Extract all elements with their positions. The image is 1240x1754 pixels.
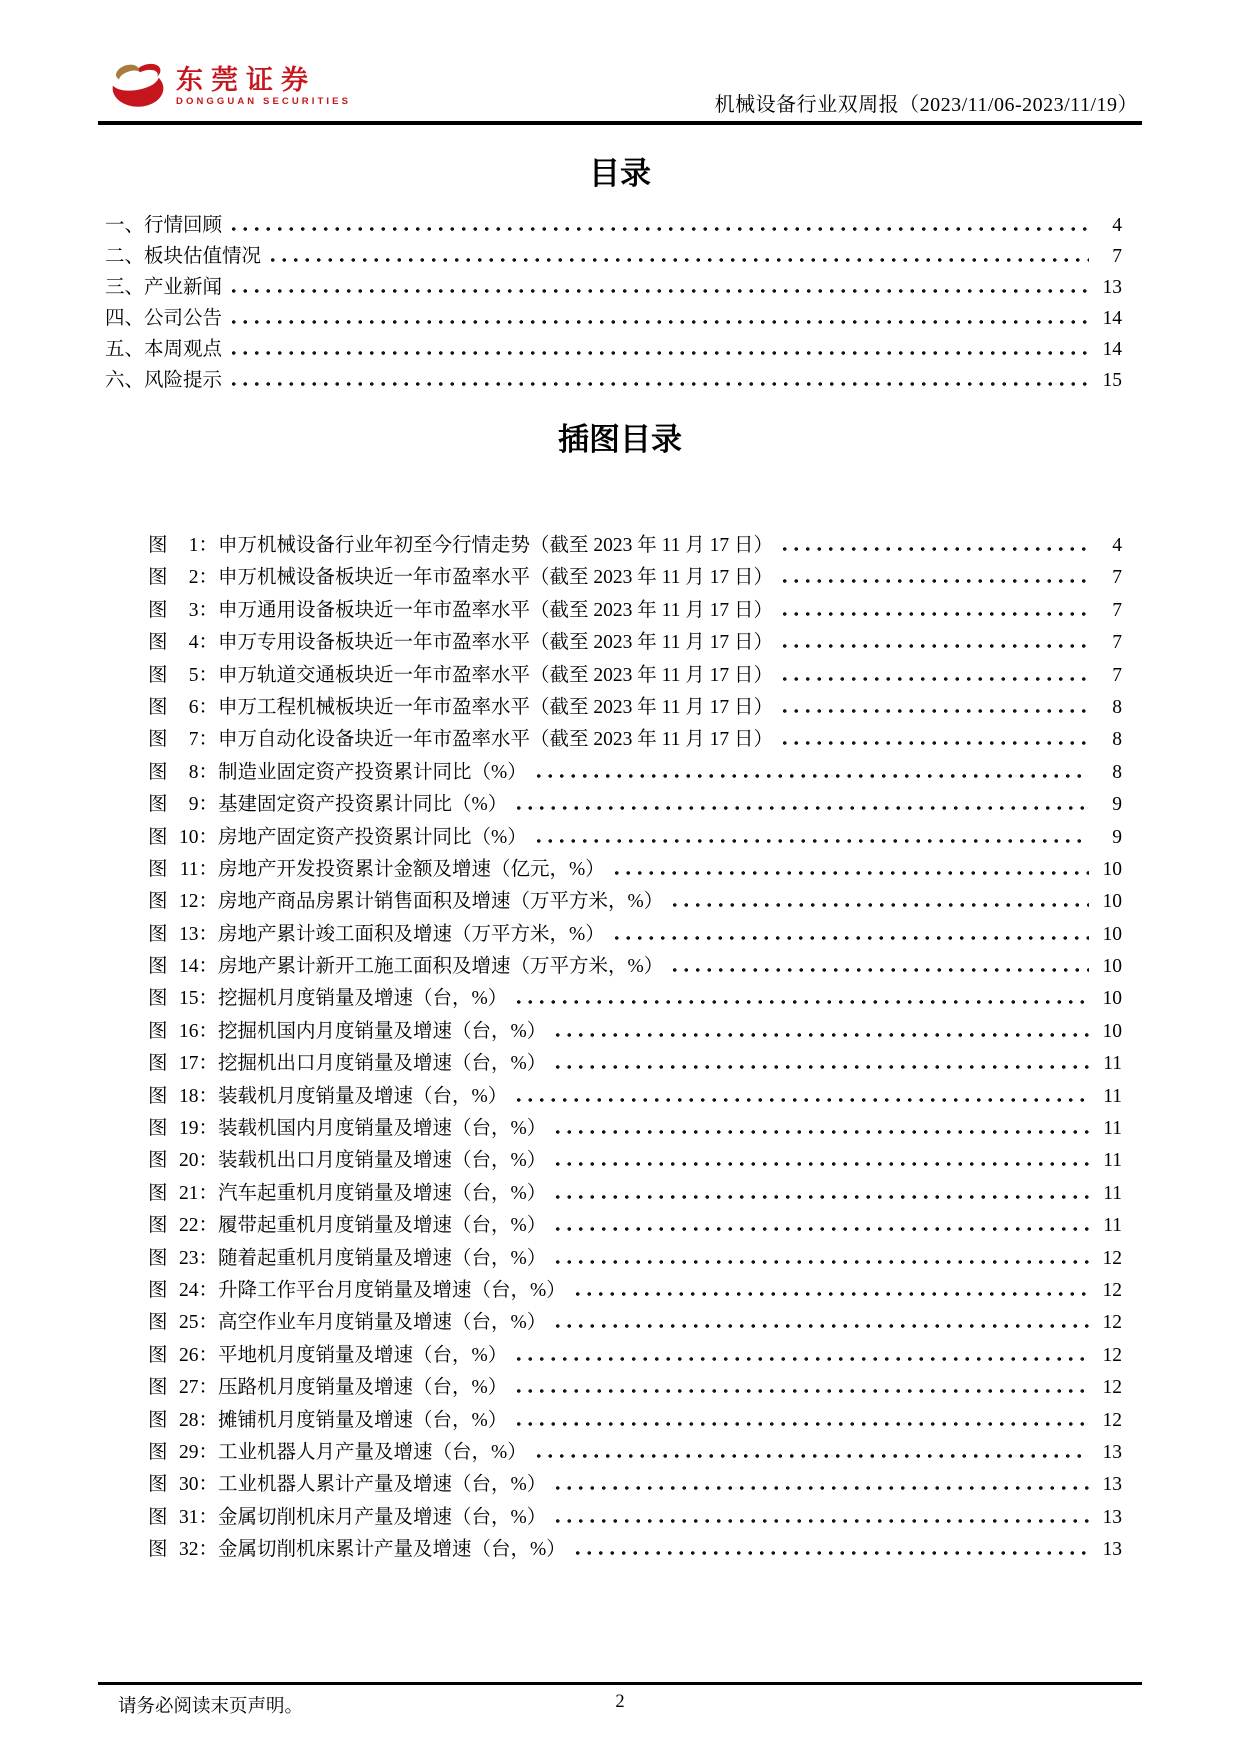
figure-title: 挖掘机出口月度销量及增速（台，%） bbox=[218, 1048, 546, 1080]
dot-leader bbox=[513, 1098, 1089, 1102]
figure-separator: ： bbox=[199, 660, 219, 692]
figure-toc-entry: 图 19 ： 装载机国内月度销量及增速（台，%） 11 bbox=[105, 1113, 1122, 1145]
figure-title: 摊铺机月度销量及增速（台，%） bbox=[218, 1405, 507, 1437]
figure-separator: ： bbox=[199, 562, 219, 594]
dot-leader bbox=[572, 1292, 1089, 1296]
figure-title: 高空作业车月度销量及增速（台，%） bbox=[218, 1307, 546, 1339]
figure-toc-entry: 图 8 ： 制造业固定资产投资累计同比（%） 8 bbox=[105, 757, 1122, 789]
figure-prefix: 图 bbox=[148, 886, 168, 918]
figure-toc-entry: 图 7 ： 申万自动化设备块近一年市盈率水平（截至 2023 年 11 月 17… bbox=[105, 724, 1122, 756]
footer-inner: 请务必阅读末页声明。 2 bbox=[98, 1685, 1142, 1725]
figure-page-number: 13 bbox=[1095, 1534, 1122, 1566]
figure-number: 25 bbox=[168, 1307, 199, 1339]
toc-entry: 四、公司公告 14 bbox=[105, 303, 1122, 334]
figure-page-number: 8 bbox=[1095, 692, 1122, 724]
toc-entry-page-number: 7 bbox=[1095, 241, 1122, 272]
figure-prefix: 图 bbox=[148, 724, 168, 756]
figure-page-number: 12 bbox=[1095, 1243, 1122, 1275]
figure-title: 申万自动化设备块近一年市盈率水平（截至 2023 年 11 月 17 日） bbox=[218, 724, 773, 756]
figure-page-number: 10 bbox=[1095, 1016, 1122, 1048]
figure-title: 金属切削机床月产量及增速（台，%） bbox=[218, 1502, 546, 1534]
figure-prefix: 图 bbox=[148, 692, 168, 724]
figure-separator: ： bbox=[199, 1437, 219, 1469]
figure-toc-entry: 图 26 ： 平地机月度销量及增速（台，%） 12 bbox=[105, 1340, 1122, 1372]
figure-number: 32 bbox=[168, 1534, 199, 1566]
toc-entry-label: 四、公司公告 bbox=[105, 303, 222, 334]
figure-separator: ： bbox=[199, 1210, 219, 1242]
dot-leader bbox=[552, 1227, 1089, 1231]
figure-prefix: 图 bbox=[148, 1340, 168, 1372]
logo-text: 东莞证券 DONGGUAN SECURITIES bbox=[176, 67, 351, 107]
figure-prefix: 图 bbox=[148, 1048, 168, 1080]
figure-number: 6 bbox=[168, 692, 199, 724]
figure-separator: ： bbox=[199, 951, 219, 983]
dot-leader bbox=[779, 612, 1089, 616]
figure-number: 21 bbox=[168, 1178, 199, 1210]
figure-number: 12 bbox=[168, 886, 199, 918]
figure-number: 19 bbox=[168, 1113, 199, 1145]
figure-prefix: 图 bbox=[148, 627, 168, 659]
figure-toc-entry: 图 18 ： 装载机月度销量及增速（台，%） 11 bbox=[105, 1081, 1122, 1113]
company-logo: 东莞证券 DONGGUAN SECURITIES bbox=[110, 58, 351, 115]
dot-leader bbox=[533, 839, 1089, 843]
figure-separator: ： bbox=[199, 530, 219, 562]
figure-number: 1 bbox=[168, 530, 199, 562]
figure-prefix: 图 bbox=[148, 1178, 168, 1210]
dot-leader bbox=[267, 258, 1089, 262]
figure-title: 挖掘机国内月度销量及增速（台，%） bbox=[218, 1016, 546, 1048]
toc-entry-page-number: 14 bbox=[1095, 303, 1122, 334]
figure-prefix: 图 bbox=[148, 595, 168, 627]
figure-separator: ： bbox=[199, 1243, 219, 1275]
figure-prefix: 图 bbox=[148, 1081, 168, 1113]
figure-toc-entry: 图 10 ： 房地产固定资产投资累计同比（%） 9 bbox=[105, 822, 1122, 854]
figure-title: 申万机械设备板块近一年市盈率水平（截至 2023 年 11 月 17 日） bbox=[218, 562, 773, 594]
brand-name-english: DONGGUAN SECURITIES bbox=[176, 97, 351, 107]
toc-entry-page-number: 15 bbox=[1095, 365, 1122, 396]
figure-number: 10 bbox=[168, 822, 199, 854]
figure-separator: ： bbox=[199, 627, 219, 659]
figure-title: 升降工作平台月度销量及增速（台，%） bbox=[218, 1275, 566, 1307]
figure-prefix: 图 bbox=[148, 1210, 168, 1242]
figure-page-number: 11 bbox=[1095, 1145, 1122, 1177]
dot-leader bbox=[513, 1000, 1089, 1004]
figure-title: 申万工程机械板块近一年市盈率水平（截至 2023 年 11 月 17 日） bbox=[218, 692, 773, 724]
dot-leader bbox=[552, 1260, 1089, 1264]
figure-separator: ： bbox=[199, 1405, 219, 1437]
toc-entry: 二、板块估值情况 7 bbox=[105, 241, 1122, 272]
dot-leader bbox=[779, 709, 1089, 713]
figure-separator: ： bbox=[199, 1048, 219, 1080]
figure-title: 基建固定资产投资累计同比（%） bbox=[218, 789, 507, 821]
figure-page-number: 10 bbox=[1095, 983, 1122, 1015]
figure-prefix: 图 bbox=[148, 1437, 168, 1469]
dot-leader bbox=[552, 1065, 1089, 1069]
figure-separator: ： bbox=[199, 789, 219, 821]
figure-page-number: 12 bbox=[1095, 1405, 1122, 1437]
toc-entry-label: 五、本周观点 bbox=[105, 334, 222, 365]
dot-leader bbox=[552, 1130, 1089, 1134]
dot-leader bbox=[779, 677, 1089, 681]
figure-page-number: 9 bbox=[1095, 789, 1122, 821]
figure-title: 装载机国内月度销量及增速（台，%） bbox=[218, 1113, 546, 1145]
figure-page-number: 7 bbox=[1095, 595, 1122, 627]
figure-title: 汽车起重机月度销量及增速（台，%） bbox=[218, 1178, 546, 1210]
figure-number: 9 bbox=[168, 789, 199, 821]
dot-leader bbox=[513, 806, 1089, 810]
figure-number: 15 bbox=[168, 983, 199, 1015]
figure-separator: ： bbox=[199, 1340, 219, 1372]
dot-leader bbox=[779, 579, 1089, 583]
figure-toc-entry: 图 4 ： 申万专用设备板块近一年市盈率水平（截至 2023 年 11 月 17… bbox=[105, 627, 1122, 659]
figure-toc-entry: 图 32 ： 金属切削机床累计产量及增速（台，%） 13 bbox=[105, 1534, 1122, 1566]
figure-title: 制造业固定资产投资累计同比（%） bbox=[218, 757, 527, 789]
figure-separator: ： bbox=[199, 1502, 219, 1534]
figure-toc-entry: 图 2 ： 申万机械设备板块近一年市盈率水平（截至 2023 年 11 月 17… bbox=[105, 562, 1122, 594]
dongguan-securities-logo-icon bbox=[110, 58, 166, 115]
dot-leader bbox=[552, 1195, 1089, 1199]
figure-page-number: 4 bbox=[1095, 530, 1122, 562]
dot-leader bbox=[779, 741, 1089, 745]
dot-leader bbox=[228, 320, 1089, 324]
figure-separator: ： bbox=[199, 1469, 219, 1501]
dot-leader bbox=[228, 351, 1089, 355]
figure-title: 工业机器人累计产量及增速（台，%） bbox=[218, 1469, 546, 1501]
figure-prefix: 图 bbox=[148, 1469, 168, 1501]
figure-toc-entry: 图 1 ： 申万机械设备行业年初至今行情走势（截至 2023 年 11 月 17… bbox=[105, 530, 1122, 562]
figure-number: 8 bbox=[168, 757, 199, 789]
figure-toc-entry: 图 12 ： 房地产商品房累计销售面积及增速（万平方米，%） 10 bbox=[105, 886, 1122, 918]
figure-page-number: 10 bbox=[1095, 919, 1122, 951]
dot-leader bbox=[552, 1162, 1089, 1166]
figure-number: 14 bbox=[168, 951, 199, 983]
figure-page-number: 12 bbox=[1095, 1275, 1122, 1307]
dot-leader bbox=[513, 1357, 1089, 1361]
figure-page-number: 13 bbox=[1095, 1469, 1122, 1501]
figure-title: 申万专用设备板块近一年市盈率水平（截至 2023 年 11 月 17 日） bbox=[218, 627, 773, 659]
figure-number: 31 bbox=[168, 1502, 199, 1534]
toc-entry-label: 三、产业新闻 bbox=[105, 272, 222, 303]
brand-name-chinese: 东莞证券 bbox=[176, 67, 351, 94]
toc-entry-label: 二、板块估值情况 bbox=[105, 241, 261, 272]
toc-entry: 一、行情回顾 4 bbox=[105, 210, 1122, 241]
figure-number: 29 bbox=[168, 1437, 199, 1469]
dot-leader bbox=[533, 1454, 1089, 1458]
figure-page-number: 10 bbox=[1095, 886, 1122, 918]
dot-leader bbox=[779, 547, 1089, 551]
figure-number: 4 bbox=[168, 627, 199, 659]
figure-page-number: 11 bbox=[1095, 1113, 1122, 1145]
figure-toc-entry: 图 29 ： 工业机器人月产量及增速（台，%） 13 bbox=[105, 1437, 1122, 1469]
figure-prefix: 图 bbox=[148, 822, 168, 854]
dot-leader bbox=[669, 903, 1089, 907]
figure-toc-entry: 图 3 ： 申万通用设备板块近一年市盈率水平（截至 2023 年 11 月 17… bbox=[105, 595, 1122, 627]
dot-leader bbox=[552, 1033, 1089, 1037]
toc-entry: 五、本周观点 14 bbox=[105, 334, 1122, 365]
toc-entry-page-number: 13 bbox=[1095, 272, 1122, 303]
dot-leader bbox=[513, 1422, 1089, 1426]
figure-number: 18 bbox=[168, 1081, 199, 1113]
figure-number: 26 bbox=[168, 1340, 199, 1372]
dot-leader bbox=[669, 968, 1089, 972]
figure-separator: ： bbox=[199, 886, 219, 918]
figure-separator: ： bbox=[199, 1307, 219, 1339]
dot-leader bbox=[552, 1486, 1089, 1490]
figure-toc-entry: 图 9 ： 基建固定资产投资累计同比（%） 9 bbox=[105, 789, 1122, 821]
figure-page-number: 8 bbox=[1095, 757, 1122, 789]
figure-separator: ： bbox=[199, 822, 219, 854]
figure-number: 11 bbox=[168, 854, 199, 886]
toc-entry-label: 一、行情回顾 bbox=[105, 210, 222, 241]
dot-leader bbox=[572, 1551, 1089, 1555]
figure-number: 13 bbox=[168, 919, 199, 951]
figure-toc-entry: 图 21 ： 汽车起重机月度销量及增速（台，%） 11 bbox=[105, 1178, 1122, 1210]
figure-separator: ： bbox=[199, 1016, 219, 1048]
figure-title: 履带起重机月度销量及增速（台，%） bbox=[218, 1210, 546, 1242]
dot-leader bbox=[533, 774, 1089, 778]
figure-number: 28 bbox=[168, 1405, 199, 1437]
toc-entry: 三、产业新闻 13 bbox=[105, 272, 1122, 303]
figure-toc-entry: 图 30 ： 工业机器人累计产量及增速（台，%） 13 bbox=[105, 1469, 1122, 1501]
figure-number: 30 bbox=[168, 1469, 199, 1501]
figure-toc-entry: 图 22 ： 履带起重机月度销量及增速（台，%） 11 bbox=[105, 1210, 1122, 1242]
figure-separator: ： bbox=[199, 1534, 219, 1566]
figure-separator: ： bbox=[199, 1372, 219, 1404]
figure-toc-entry: 图 14 ： 房地产累计新开工施工面积及增速（万平方米，%） 10 bbox=[105, 951, 1122, 983]
figure-toc-entry: 图 15 ： 挖掘机月度销量及增速（台，%） 10 bbox=[105, 983, 1122, 1015]
figure-toc-entry: 图 16 ： 挖掘机国内月度销量及增速（台，%） 10 bbox=[105, 1016, 1122, 1048]
figures-toc-title: 插图目录 bbox=[0, 418, 1240, 462]
figure-prefix: 图 bbox=[148, 1145, 168, 1177]
figure-title: 房地产累计新开工施工面积及增速（万平方米，%） bbox=[218, 951, 663, 983]
figure-separator: ： bbox=[199, 724, 219, 756]
dot-leader bbox=[611, 936, 1089, 940]
figure-page-number: 11 bbox=[1095, 1178, 1122, 1210]
figure-number: 5 bbox=[168, 660, 199, 692]
footer-page-number: 2 bbox=[98, 1692, 1142, 1713]
figure-number: 23 bbox=[168, 1243, 199, 1275]
figure-separator: ： bbox=[199, 757, 219, 789]
figure-page-number: 7 bbox=[1095, 660, 1122, 692]
figure-prefix: 图 bbox=[148, 789, 168, 821]
figure-title: 随着起重机月度销量及增速（台，%） bbox=[218, 1243, 546, 1275]
page-header: 东莞证券 DONGGUAN SECURITIES 机械设备行业双周报（2023/… bbox=[98, 0, 1142, 125]
figure-prefix: 图 bbox=[148, 1372, 168, 1404]
figure-toc-entry: 图 31 ： 金属切削机床月产量及增速（台，%） 13 bbox=[105, 1502, 1122, 1534]
figure-prefix: 图 bbox=[148, 919, 168, 951]
page-footer: 请务必阅读末页声明。 2 bbox=[98, 1682, 1142, 1725]
figure-number: 7 bbox=[168, 724, 199, 756]
figure-separator: ： bbox=[199, 983, 219, 1015]
figure-prefix: 图 bbox=[148, 562, 168, 594]
figure-prefix: 图 bbox=[148, 1534, 168, 1566]
figure-title: 金属切削机床累计产量及增速（台，%） bbox=[218, 1534, 566, 1566]
figure-separator: ： bbox=[199, 1081, 219, 1113]
dot-leader bbox=[552, 1519, 1089, 1523]
figure-page-number: 13 bbox=[1095, 1502, 1122, 1534]
figure-title: 平地机月度销量及增速（台，%） bbox=[218, 1340, 507, 1372]
report-page: 东莞证券 DONGGUAN SECURITIES 机械设备行业双周报（2023/… bbox=[0, 0, 1240, 1754]
figure-toc-entry: 图 28 ： 摊铺机月度销量及增速（台，%） 12 bbox=[105, 1405, 1122, 1437]
figure-prefix: 图 bbox=[148, 1502, 168, 1534]
figure-prefix: 图 bbox=[148, 951, 168, 983]
figure-number: 2 bbox=[168, 562, 199, 594]
figure-toc-entry: 图 6 ： 申万工程机械板块近一年市盈率水平（截至 2023 年 11 月 17… bbox=[105, 692, 1122, 724]
figure-prefix: 图 bbox=[148, 854, 168, 886]
figure-page-number: 11 bbox=[1095, 1210, 1122, 1242]
figure-page-number: 12 bbox=[1095, 1372, 1122, 1404]
figure-number: 16 bbox=[168, 1016, 199, 1048]
dot-leader bbox=[611, 871, 1089, 875]
figure-title: 工业机器人月产量及增速（台，%） bbox=[218, 1437, 527, 1469]
figure-title: 挖掘机月度销量及增速（台，%） bbox=[218, 983, 507, 1015]
figure-title: 压路机月度销量及增速（台，%） bbox=[218, 1372, 507, 1404]
figure-title: 房地产商品房累计销售面积及增速（万平方米，%） bbox=[218, 886, 663, 918]
figure-title: 装载机月度销量及增速（台，%） bbox=[218, 1081, 507, 1113]
figure-page-number: 12 bbox=[1095, 1307, 1122, 1339]
toc-list: 一、行情回顾 4 二、板块估值情况 7 三、产业新闻 13 四、公司公告 14 bbox=[105, 210, 1122, 396]
figure-separator: ： bbox=[199, 692, 219, 724]
figure-separator: ： bbox=[199, 595, 219, 627]
figure-toc-entry: 图 17 ： 挖掘机出口月度销量及增速（台，%） 11 bbox=[105, 1048, 1122, 1080]
dot-leader bbox=[779, 644, 1089, 648]
figure-number: 17 bbox=[168, 1048, 199, 1080]
figure-page-number: 13 bbox=[1095, 1437, 1122, 1469]
figure-prefix: 图 bbox=[148, 660, 168, 692]
dot-leader bbox=[513, 1389, 1089, 1393]
figure-number: 24 bbox=[168, 1275, 199, 1307]
figure-toc-entry: 图 24 ： 升降工作平台月度销量及增速（台，%） 12 bbox=[105, 1275, 1122, 1307]
figure-title: 装载机出口月度销量及增速（台，%） bbox=[218, 1145, 546, 1177]
figure-title: 房地产固定资产投资累计同比（%） bbox=[218, 822, 527, 854]
figure-page-number: 10 bbox=[1095, 854, 1122, 886]
toc-title: 目录 bbox=[0, 152, 1240, 196]
figure-toc-entry: 图 23 ： 随着起重机月度销量及增速（台，%） 12 bbox=[105, 1243, 1122, 1275]
figure-page-number: 12 bbox=[1095, 1340, 1122, 1372]
figure-number: 20 bbox=[168, 1145, 199, 1177]
toc-entry-page-number: 4 bbox=[1095, 210, 1122, 241]
figure-page-number: 7 bbox=[1095, 627, 1122, 659]
figure-prefix: 图 bbox=[148, 1275, 168, 1307]
figure-prefix: 图 bbox=[148, 983, 168, 1015]
figure-page-number: 8 bbox=[1095, 724, 1122, 756]
figure-toc-entry: 图 20 ： 装载机出口月度销量及增速（台，%） 11 bbox=[105, 1145, 1122, 1177]
figure-title: 房地产累计竣工面积及增速（万平方米，%） bbox=[218, 919, 605, 951]
figure-prefix: 图 bbox=[148, 757, 168, 789]
figure-page-number: 11 bbox=[1095, 1081, 1122, 1113]
figure-separator: ： bbox=[199, 919, 219, 951]
figure-page-number: 10 bbox=[1095, 951, 1122, 983]
dot-leader bbox=[228, 382, 1089, 386]
toc-entry-page-number: 14 bbox=[1095, 334, 1122, 365]
figure-title: 申万机械设备行业年初至今行情走势（截至 2023 年 11 月 17 日） bbox=[218, 530, 773, 562]
figure-number: 27 bbox=[168, 1372, 199, 1404]
figure-prefix: 图 bbox=[148, 530, 168, 562]
dot-leader bbox=[228, 289, 1089, 293]
figure-number: 22 bbox=[168, 1210, 199, 1242]
figure-prefix: 图 bbox=[148, 1113, 168, 1145]
figure-separator: ： bbox=[199, 1178, 219, 1210]
figure-separator: ： bbox=[199, 854, 219, 886]
figure-toc-entry: 图 11 ： 房地产开发投资累计金额及增速（亿元，%） 10 bbox=[105, 854, 1122, 886]
dot-leader bbox=[552, 1324, 1089, 1328]
figure-page-number: 11 bbox=[1095, 1048, 1122, 1080]
figure-prefix: 图 bbox=[148, 1016, 168, 1048]
figure-toc-entry: 图 13 ： 房地产累计竣工面积及增速（万平方米，%） 10 bbox=[105, 919, 1122, 951]
figure-toc-entry: 图 27 ： 压路机月度销量及增速（台，%） 12 bbox=[105, 1372, 1122, 1404]
figure-page-number: 9 bbox=[1095, 822, 1122, 854]
figure-title: 申万轨道交通板块近一年市盈率水平（截至 2023 年 11 月 17 日） bbox=[218, 660, 773, 692]
figure-page-number: 7 bbox=[1095, 562, 1122, 594]
dot-leader bbox=[228, 227, 1089, 231]
figure-prefix: 图 bbox=[148, 1307, 168, 1339]
figure-toc-entry: 图 5 ： 申万轨道交通板块近一年市盈率水平（截至 2023 年 11 月 17… bbox=[105, 660, 1122, 692]
figure-number: 3 bbox=[168, 595, 199, 627]
figure-toc-entry: 图 25 ： 高空作业车月度销量及增速（台，%） 12 bbox=[105, 1307, 1122, 1339]
figure-separator: ： bbox=[199, 1275, 219, 1307]
figure-separator: ： bbox=[199, 1113, 219, 1145]
toc-entry-label: 六、风险提示 bbox=[105, 365, 222, 396]
figure-prefix: 图 bbox=[148, 1405, 168, 1437]
figure-prefix: 图 bbox=[148, 1243, 168, 1275]
figures-toc-list: 图 1 ： 申万机械设备行业年初至今行情走势（截至 2023 年 11 月 17… bbox=[105, 530, 1122, 1567]
toc-entry: 六、风险提示 15 bbox=[105, 365, 1122, 396]
report-title: 机械设备行业双周报（2023/11/06-2023/11/19） bbox=[715, 88, 1138, 117]
figure-title: 申万通用设备板块近一年市盈率水平（截至 2023 年 11 月 17 日） bbox=[218, 595, 773, 627]
figure-title: 房地产开发投资累计金额及增速（亿元，%） bbox=[218, 854, 605, 886]
figure-separator: ： bbox=[199, 1145, 219, 1177]
